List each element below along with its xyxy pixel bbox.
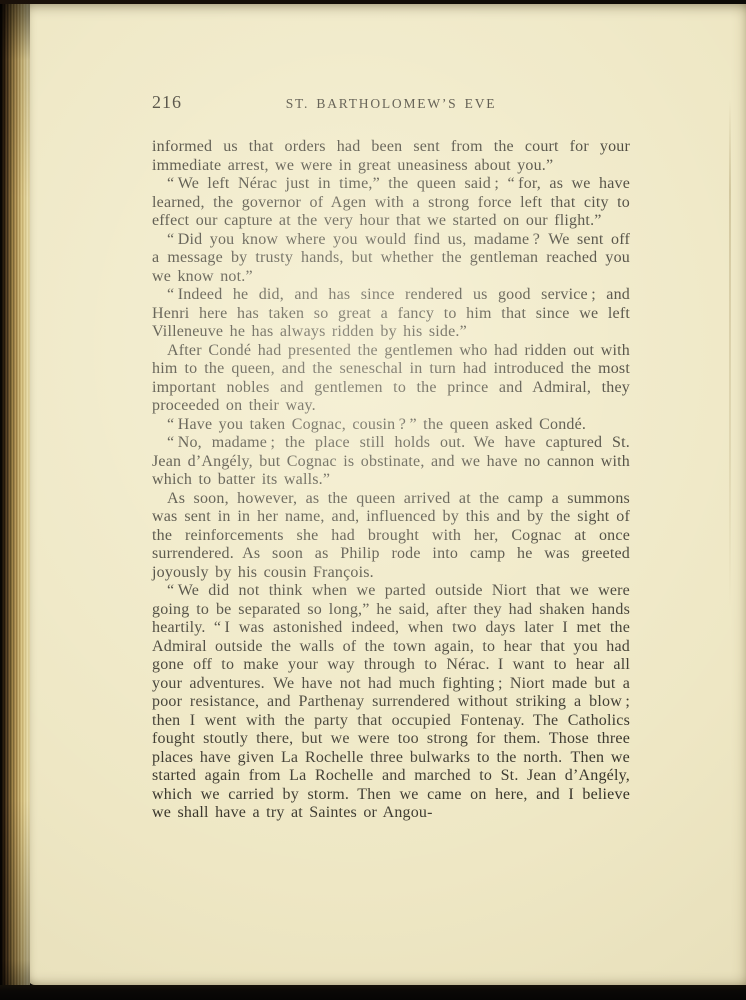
paragraph: “ No, madame ; the place still holds out… (152, 434, 630, 490)
paragraph: “ Indeed he did, and has since rendered … (152, 286, 630, 342)
page-number: 216 (152, 92, 182, 113)
page-header: 216 ST. BARTHOLOMEW’S EVE (152, 92, 630, 114)
running-title: ST. BARTHOLOMEW’S EVE (152, 92, 630, 112)
page-edges-shadow (0, 0, 30, 1000)
paragraph: informed us that orders had been sent fr… (152, 138, 630, 175)
book-scan: 216 ST. BARTHOLOMEW’S EVE informed us th… (0, 0, 746, 1000)
paragraph: “ Did you know where you would find us, … (152, 231, 630, 287)
book-cover-top-edge (0, 0, 746, 4)
paragraph: As soon, however, as the queen arrived a… (152, 490, 630, 583)
book-cover-bottom-edge (0, 985, 746, 1000)
paragraph: “ Have you taken Cognac, cousin ? ” the … (152, 416, 630, 435)
paragraph: After Condé had presented the gentlemen … (152, 342, 630, 416)
book-page: 216 ST. BARTHOLOMEW’S EVE informed us th… (28, 4, 746, 985)
page-crease (729, 99, 731, 609)
paragraph: “ We left Nérac just in time,” the queen… (152, 175, 630, 231)
page-text: informed us that orders had been sent fr… (152, 138, 630, 823)
paragraph: “ We did not think when we parted outsid… (152, 582, 630, 823)
